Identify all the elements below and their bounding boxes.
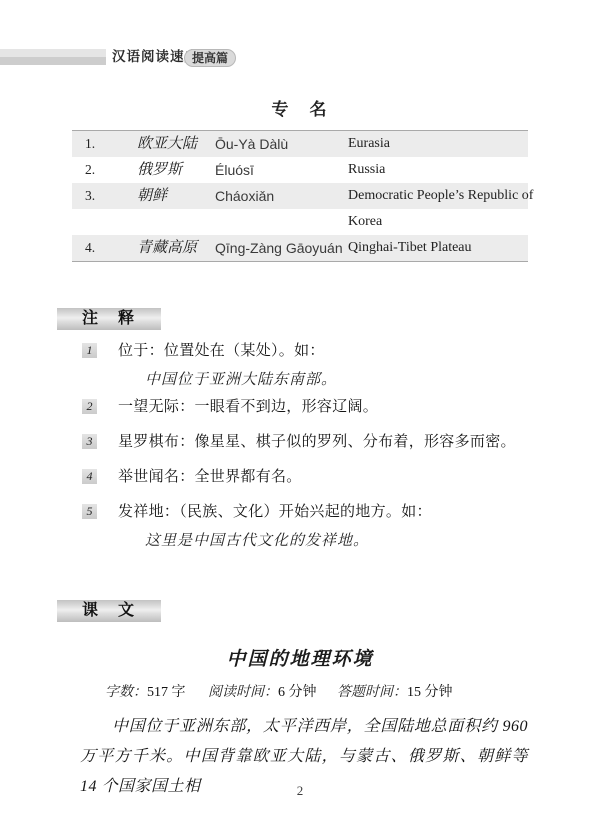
proper-nouns-table: 1. 欧亚大陆 Ōu-Yà Dàlù Eurasia 2. 俄罗斯 Éluósī… <box>72 130 528 262</box>
book-page: 汉语阅读速成 提高篇 专 名 1. 欧亚大陆 Ōu-Yà Dàlù Eurasi… <box>0 0 600 836</box>
row-number: 4. <box>85 235 95 261</box>
table-row: 2. 俄罗斯 Éluósī Russia <box>72 157 528 183</box>
row-pinyin: Qīng-Zàng Gāoyuán <box>215 235 343 261</box>
row-number: 2. <box>85 157 95 183</box>
row-english: Korea <box>348 209 382 235</box>
note-text: 举世闻名：全世界都有名。 <box>118 467 302 487</box>
row-number: 3. <box>85 183 95 209</box>
row-english: Eurasia <box>348 131 390 157</box>
row-chinese: 青藏高原 <box>137 235 197 261</box>
note-item: 2 一望无际：一眼看不到边，形容辽阔。 <box>82 397 532 417</box>
row-english: Russia <box>348 157 385 183</box>
answer-time-label: 答题时间： <box>337 685 407 700</box>
table-row: 1. 欧亚大陆 Ōu-Yà Dàlù Eurasia <box>72 131 528 157</box>
note-text: 位于：位置处在（某处）。如： <box>118 341 325 361</box>
word-count-label: 字数： <box>105 685 147 700</box>
note-example: 中国位于亚洲大陆东南部。 <box>145 368 337 389</box>
answer-time-value: 15 分钟 <box>407 685 453 700</box>
reading-time-label: 阅读时间： <box>208 685 278 700</box>
header-stripe-dark <box>0 57 106 65</box>
row-pinyin: Ōu-Yà Dàlù <box>215 131 288 157</box>
note-number-badge: 2 <box>82 399 97 414</box>
note-item: 4 举世闻名：全世界都有名。 <box>82 467 532 487</box>
row-english: Qinghai-Tibet Plateau <box>348 235 472 261</box>
note-text: 发祥地：（民族、文化）开始兴起的地方。如： <box>118 502 432 522</box>
edition-badge: 提高篇 <box>184 49 236 67</box>
word-count: 字数：517 字 <box>105 681 186 701</box>
table-row-continuation: Korea <box>72 209 528 235</box>
row-pinyin: Cháoxiǎn <box>215 183 274 209</box>
row-pinyin: Éluósī <box>215 157 254 183</box>
row-chinese: 欧亚大陆 <box>137 131 197 157</box>
word-count-value: 517 字 <box>147 685 186 700</box>
note-text: 星罗棋布：像星星、棋子似的罗列、分布着，形容多而密。 <box>118 432 516 452</box>
note-example: 这里是中国古代文化的发祥地。 <box>145 529 369 550</box>
row-number: 1. <box>85 131 95 157</box>
reading-time: 阅读时间：6 分钟 <box>208 681 317 701</box>
table-row: 3. 朝鲜 Cháoxiǎn Democratic People’s Repub… <box>72 183 528 209</box>
note-item: 5 发祥地：（民族、文化）开始兴起的地方。如： <box>82 502 532 522</box>
note-number-badge: 1 <box>82 343 97 358</box>
lesson-section-heading: 课 文 <box>57 600 161 622</box>
note-item: 3 星罗棋布：像星星、棋子似的罗列、分布着，形容多而密。 <box>82 432 532 452</box>
row-english: Democratic People’s Republic of <box>348 183 533 209</box>
note-number-badge: 4 <box>82 469 97 484</box>
table-row: 4. 青藏高原 Qīng-Zàng Gāoyuán Qinghai-Tibet … <box>72 235 528 261</box>
header-stripe-light <box>0 49 106 57</box>
note-number-badge: 3 <box>82 434 97 449</box>
row-chinese: 朝鲜 <box>137 183 167 209</box>
reading-time-value: 6 分钟 <box>278 685 317 700</box>
notes-section-heading: 注 释 <box>57 308 161 330</box>
answer-time: 答题时间：15 分钟 <box>337 681 453 701</box>
row-chinese: 俄罗斯 <box>137 157 182 183</box>
lesson-title: 中国的地理环境 <box>0 644 600 671</box>
page-number: 2 <box>0 783 600 799</box>
note-item: 1 位于：位置处在（某处）。如： <box>82 341 532 361</box>
note-number-badge: 5 <box>82 504 97 519</box>
proper-nouns-heading: 专 名 <box>0 95 600 120</box>
note-text: 一望无际：一眼看不到边，形容辽阔。 <box>118 397 378 417</box>
